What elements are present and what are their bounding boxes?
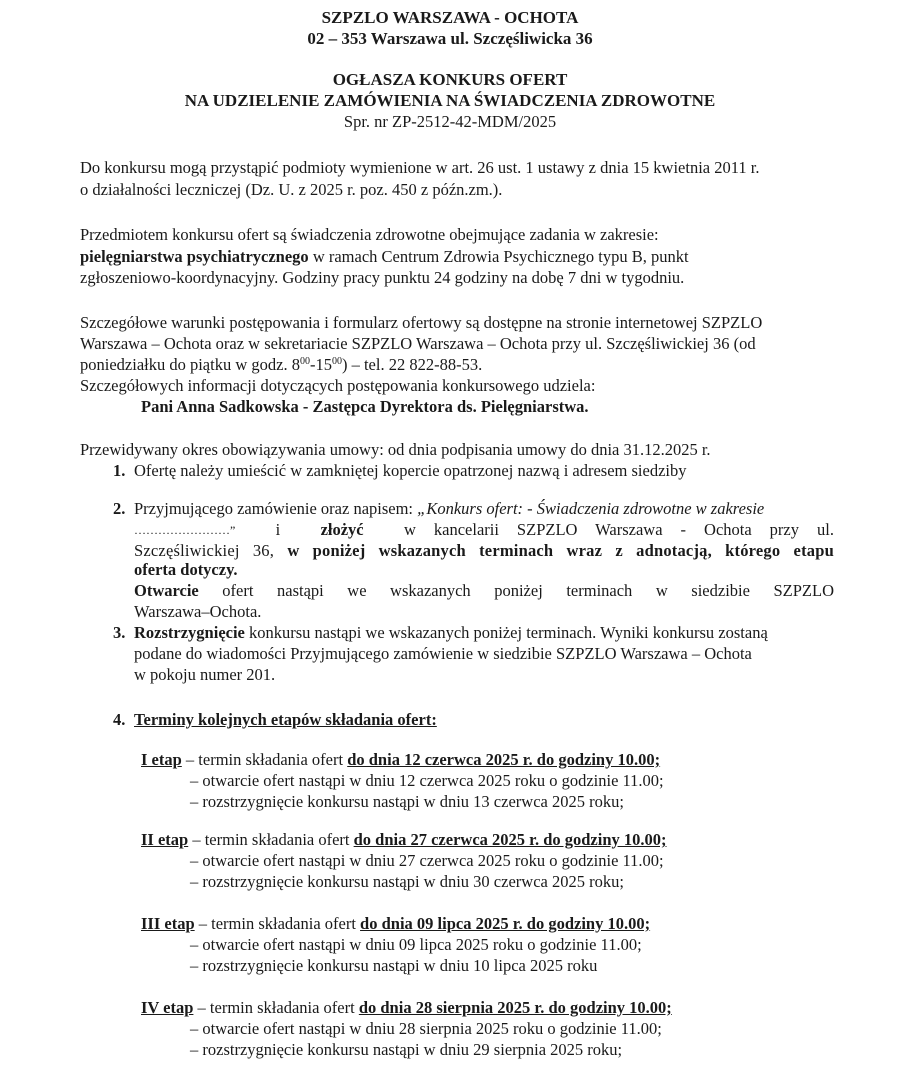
announcement-title: OGŁASZA KONKURS OFERT (0, 70, 900, 90)
item-2-line-3: Szczęśliwickiej 36, w poniżej wskazanych… (134, 541, 834, 561)
stage-opening: – otwarcie ofert nastąpi w dniu 28 sierp… (190, 1019, 662, 1039)
stage-deadline: do dnia 27 czerwca 2025 r. do godziny 10… (354, 830, 667, 849)
contact-person: Pani Anna Sadkowska - Zastępca Dyrektora… (141, 397, 589, 417)
stage-result: – rozstrzygnięcie konkursu nastąpi w dni… (190, 1040, 622, 1060)
item-2-envelope-label: „Konkurs ofert: - Świadczenia zdrowotne … (417, 499, 764, 518)
stage-result: – rozstrzygnięcie konkursu nastąpi w dni… (190, 956, 597, 976)
item-3-line-3: w pokoju numer 201. (134, 665, 275, 685)
stage-opening: – otwarcie ofert nastąpi w dniu 12 czerw… (190, 771, 664, 791)
stage-name: IV etap (141, 998, 193, 1017)
subject-specialty: pielęgniarstwa psychiatrycznego (80, 247, 309, 266)
stage-deadline: do dnia 28 sierpnia 2025 r. do godziny 1… (359, 998, 672, 1017)
item-2-street: Szczęśliwickiej 36, (134, 541, 287, 560)
item-2-lead: Przyjmującego zamówienie oraz napisem: (134, 499, 417, 518)
item-2-line-1: Przyjmującego zamówienie oraz napisem: „… (134, 499, 764, 519)
item-2-line-4: oferta dotyczy. (134, 560, 238, 580)
stages-heading: Terminy kolejnych etapów składania ofert… (134, 710, 437, 730)
organization-address: 02 – 353 Warszawa ul. Szczęśliwicka 36 (0, 29, 900, 49)
subject-line-2: pielęgniarstwa psychiatrycznego w ramach… (80, 247, 689, 267)
stage-opening: – otwarcie ofert nastąpi w dniu 27 czerw… (190, 851, 664, 871)
stage-deadline-line: IV etap – termin składania ofert do dnia… (141, 998, 672, 1018)
organization-name: SZPZLO WARSZAWA - OCHOTA (0, 8, 900, 28)
item-2-number: 2. (113, 499, 125, 519)
stage-result: – rozstrzygnięcie konkursu nastąpi w dni… (190, 792, 624, 812)
stage-name: I etap (141, 750, 182, 769)
details-line-3: poniedziałku do piątku w godz. 800-1500)… (80, 355, 482, 375)
announcement-subtitle: NA UDZIELENIE ZAMÓWIENIA NA ŚWIADCZENIA … (0, 91, 900, 111)
stage-deadline-line: I etap – termin składania ofert do dnia … (141, 750, 660, 770)
item-3-number: 3. (113, 623, 125, 643)
stage-result: – rozstrzygnięcie konkursu nastąpi w dni… (190, 872, 624, 892)
item-1-text: Ofertę należy umieścić w zamkniętej kope… (134, 461, 687, 481)
contract-period: Przewidywany okres obowiązywania umowy: … (80, 440, 711, 460)
stage-deadline-line: II etap – termin składania ofert do dnia… (141, 830, 667, 850)
hours-end: -15 (310, 355, 332, 374)
item-2-opening-label: Otwarcie (134, 581, 199, 600)
stage-name: III etap (141, 914, 195, 933)
subject-line-3: zgłoszeniowo-koordynacyjny. Godziny prac… (80, 268, 684, 288)
details-line-1: Szczegółowe warunki postępowania i formu… (80, 313, 762, 333)
item-2-deadline-note: w poniżej wskazanych terminach wraz z ad… (287, 541, 834, 560)
reference-number: Spr. nr ZP-2512-42-MDM/2025 (0, 112, 900, 132)
stage-opening: – otwarcie ofert nastąpi w dniu 09 lipca… (190, 935, 642, 955)
item-2-opening-place: Warszawa–Ochota. (134, 602, 261, 622)
stage-deadline-line: III etap – termin składania ofert do dni… (141, 914, 650, 934)
stage-deadline: do dnia 09 lipca 2025 r. do godziny 10.0… (360, 914, 650, 933)
office-hours-prefix: poniedziałku do piątku w godz. 8 (80, 355, 300, 374)
item-2-conj: i (276, 520, 281, 540)
item-4-number: 4. (113, 710, 125, 730)
item-3-line-1: Rozstrzygnięcie konkursu nastąpi we wska… (134, 623, 768, 643)
item-2-dots: ……………………” (134, 520, 235, 540)
stage-deadline: do dnia 12 czerwca 2025 r. do godziny 10… (347, 750, 660, 769)
stage-lead: – termin składania ofert (195, 914, 360, 933)
stage-lead: – termin składania ofert (188, 830, 353, 849)
item-2-submit: złożyć (321, 520, 364, 540)
item-2-opening: Otwarcie ofert nastąpi we wskazanych pon… (134, 581, 834, 601)
item-2-line-2: ……………………” i złożyć w kancelarii SZPZLO W… (134, 520, 834, 540)
item-3-text: konkursu nastąpi we wskazanych poniżej t… (245, 623, 768, 642)
stage-lead: – termin składania ofert (182, 750, 347, 769)
item-2-opening-text: ofert nastąpi we wskazanych poniżej term… (199, 581, 834, 600)
intro-line-2: o działalności leczniczej (Dz. U. z 2025… (80, 180, 502, 200)
stage-lead: – termin składania ofert (193, 998, 358, 1017)
hours-sup-end: 00 (332, 356, 342, 367)
hours-sup-start: 00 (300, 356, 310, 367)
phone-number: ) – tel. 22 822-88-53. (342, 355, 482, 374)
item-3-line-2: podane do wiadomości Przyjmującego zamów… (134, 644, 752, 664)
details-line-4: Szczegółowych informacji dotyczących pos… (80, 376, 595, 396)
item-3-label: Rozstrzygnięcie (134, 623, 245, 642)
intro-line-1: Do konkursu mogą przystąpić podmioty wym… (80, 158, 759, 178)
subject-line-2-rest: w ramach Centrum Zdrowia Psychicznego ty… (309, 247, 689, 266)
stage-name: II etap (141, 830, 188, 849)
subject-line-1: Przedmiotem konkursu ofert są świadczeni… (80, 225, 659, 245)
details-line-2: Warszawa – Ochota oraz w sekretariacie S… (80, 334, 756, 354)
item-2-place: w kancelarii SZPZLO Warszawa - Ochota pr… (404, 520, 834, 540)
item-1-number: 1. (113, 461, 125, 481)
